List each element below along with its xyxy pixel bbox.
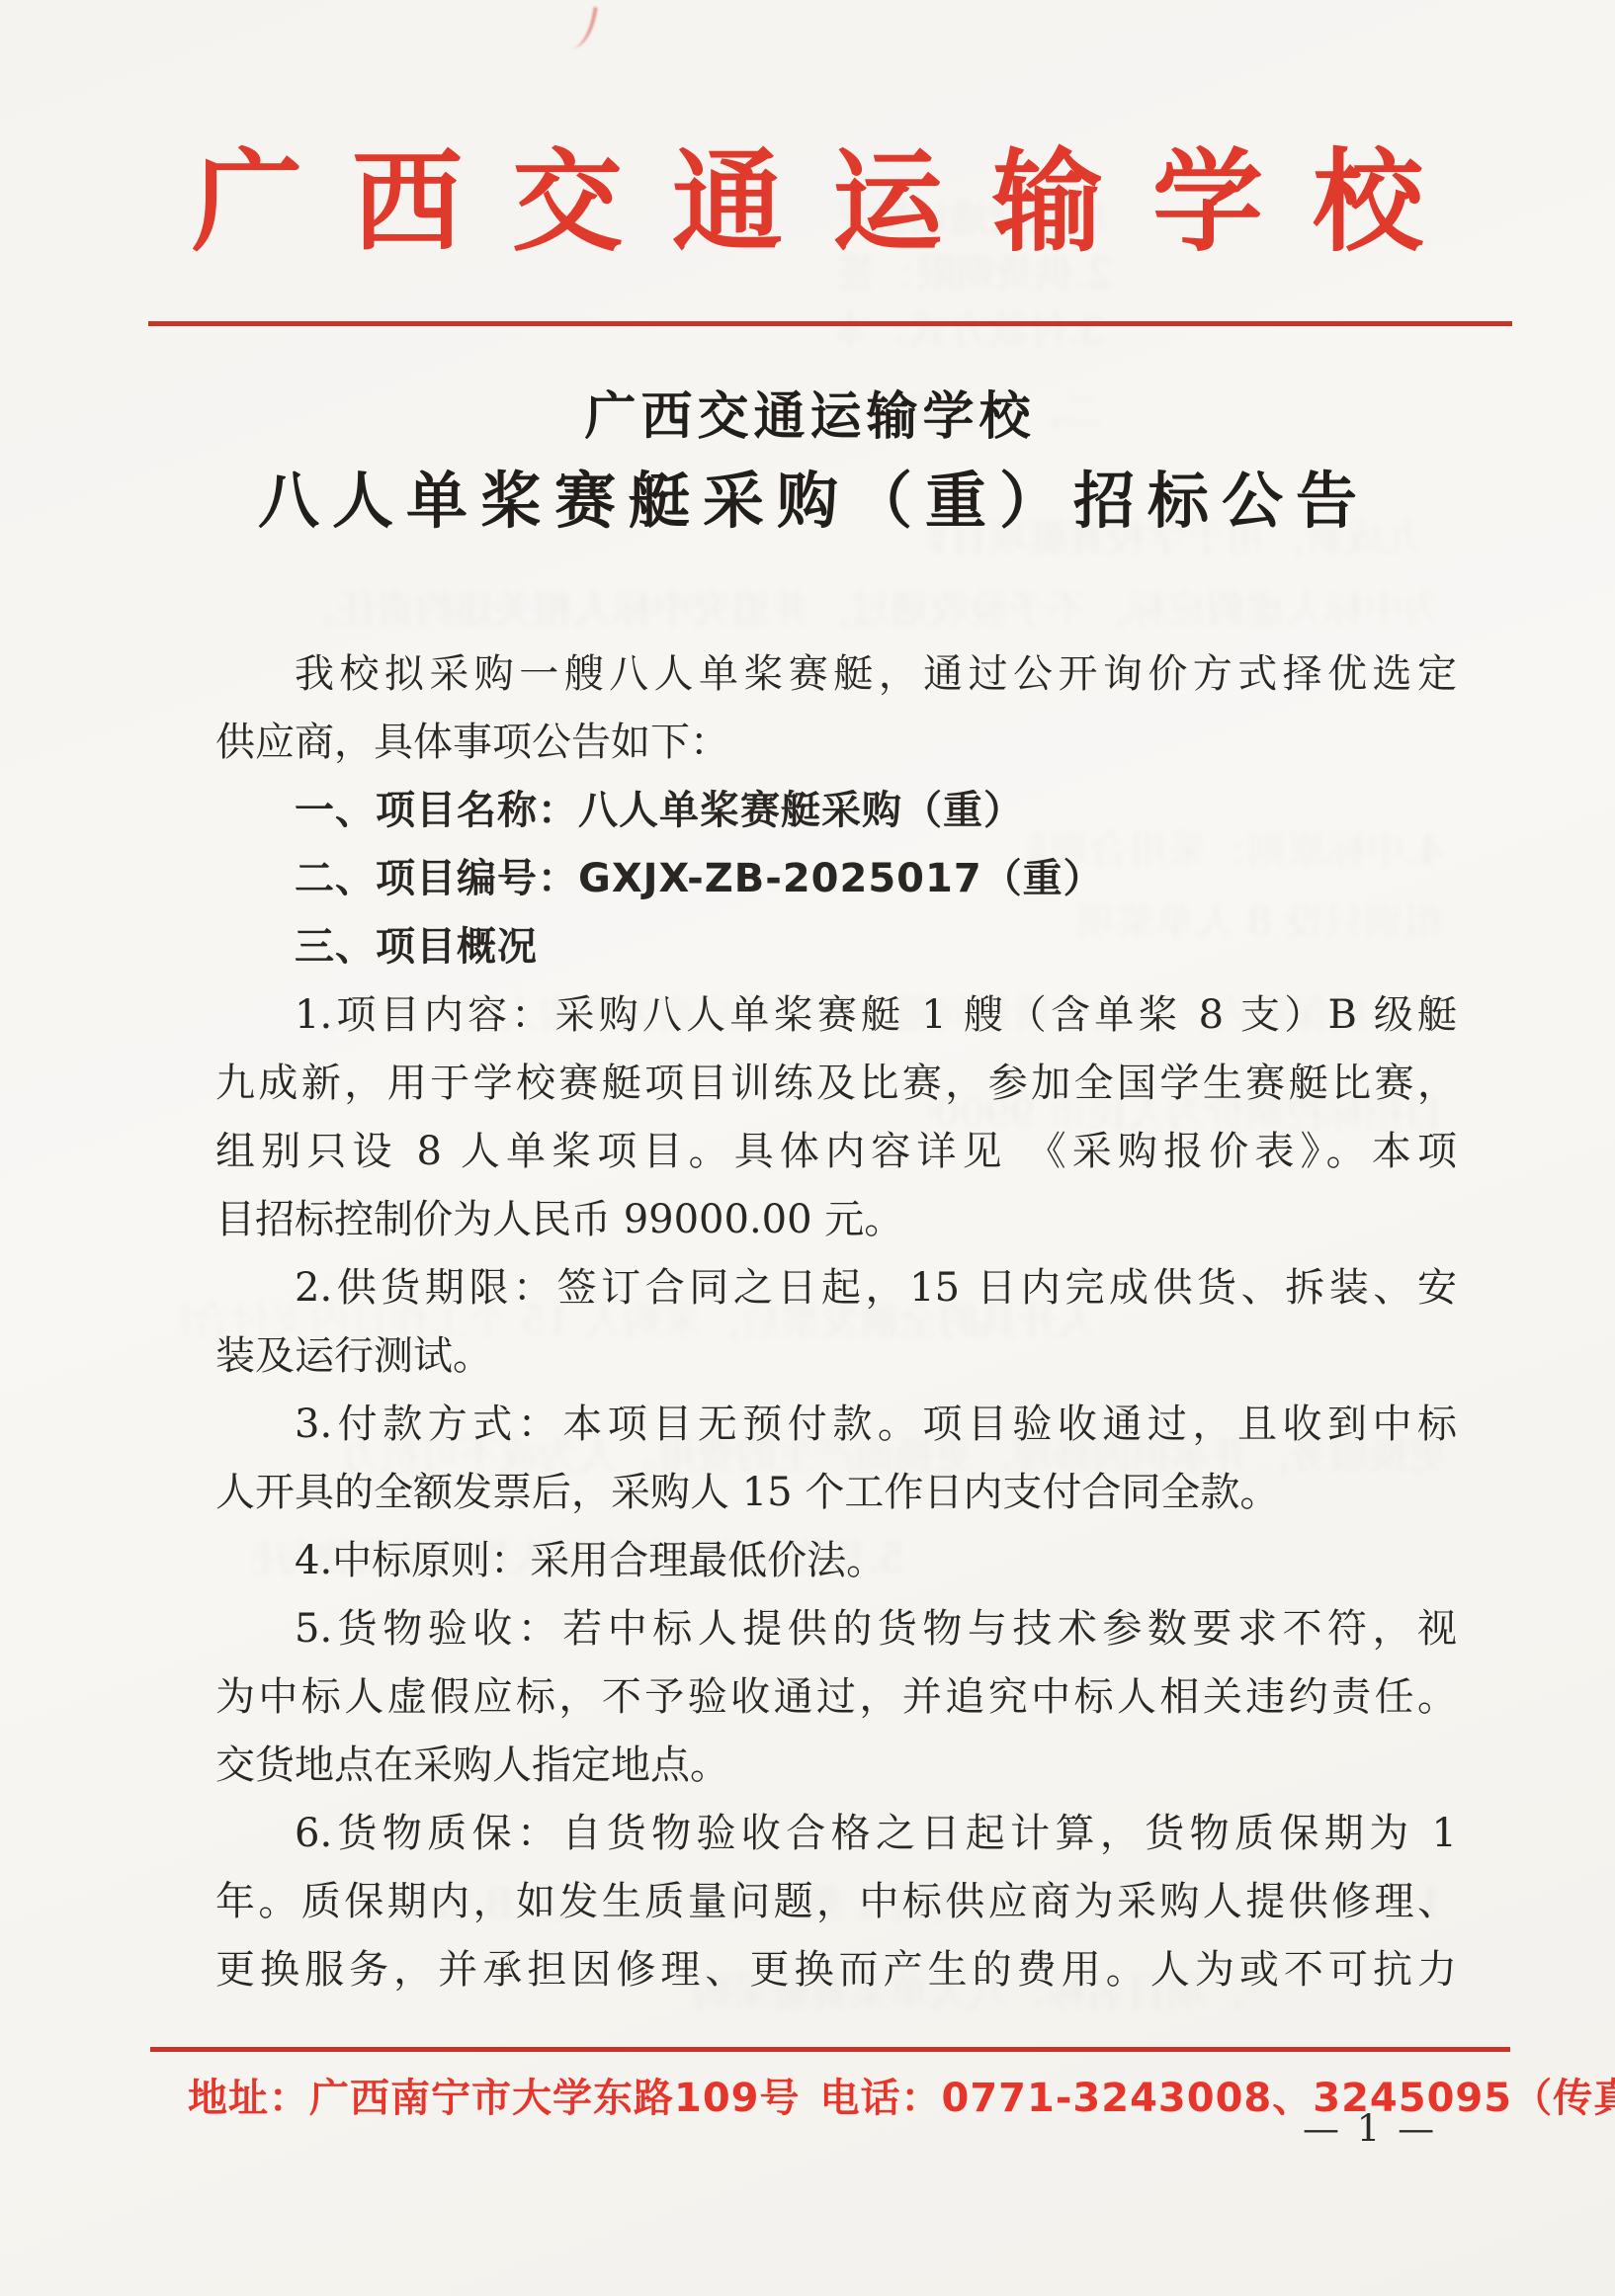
letterhead-school-name: 广西交通运输学校: [0, 128, 1615, 277]
page-number: — 1 —: [1303, 2109, 1437, 2149]
body-text-line: 5.货物验收：若中标人提供的货物与技术参数要求不符，视: [215, 1595, 1457, 1663]
body-text-line: 组别只设 8 人单桨项目。具体内容详见 《采购报价表》。本项: [215, 1118, 1457, 1186]
section-heading-line: 一、项目名称：八人单桨赛艇采购（重）: [215, 777, 1457, 845]
bleed-through-artifact: 为中标人虚假应标，不予验收通过，并追究中标人相关违约责任。: [208, 585, 1443, 635]
document-title-line2: 八人单桨赛艇采购（重）招标公告: [0, 457, 1615, 546]
body-text-line: 为中标人虚假应标，不予验收通过，并追究中标人相关违约责任。: [215, 1663, 1457, 1732]
body-text-line: 九成新，用于学校赛艇项目训练及比赛，参加全国学生赛艇比赛，: [215, 1050, 1457, 1118]
body-text-line: 4.中标原则：采用合理最低价法。: [215, 1527, 1457, 1595]
body-text-line: 1.项目内容：采购八人单桨赛艇 1 艘（含单桨 8 支）B 级艇: [215, 981, 1457, 1050]
footer-address: 地址：广西南宁市大学东路109号: [188, 2076, 801, 2121]
footer-phone: 电话：0771-3243008、3245095（传真）: [820, 2076, 1615, 2121]
document-body: 我校拟采购一艘八人单桨赛艇，通过公开询价方式择优选定供应商，具体事项公告如下：一…: [215, 640, 1457, 2004]
bleed-through-artifact: 3.付款方式：本项目无预付款。项目验收通过，且收到中标: [838, 306, 1105, 356]
body-text-line: 人开具的全额发票后，采购人 15 个工作日内支付合同全款。: [215, 1459, 1457, 1527]
body-text-line: 更换服务，并承担因修理、更换而产生的费用。人为或不可抗力: [215, 1936, 1457, 2004]
red-pen-scan-mark: [568, 5, 597, 51]
section-heading-line: 二、项目编号：GXJX-ZB-2025017（重）: [215, 845, 1457, 913]
body-text-line: 我校拟采购一艘八人单桨赛艇，通过公开询价方式择优选定: [215, 640, 1457, 709]
body-text-line: 年。质保期内，如发生质量问题，中标供应商为采购人提供修理、: [215, 1868, 1457, 1936]
body-text-line: 6.货物质保：自货物验收合格之日起计算，货物质保期为 1: [215, 1800, 1457, 1868]
body-text-line: 交货地点在采购人指定地点。: [215, 1732, 1457, 1800]
letterhead-rule: [148, 321, 1512, 326]
footer-rule: [150, 2047, 1510, 2052]
body-text-line: 目招标控制价为人民币 99000.00 元。: [215, 1186, 1457, 1254]
body-text-line: 装及运行测试。: [215, 1322, 1457, 1391]
body-text-line: 3.付款方式：本项目无预付款。项目验收通过，且收到中标: [215, 1391, 1457, 1459]
section-heading-line: 三、项目概况: [215, 913, 1457, 981]
scanned-page: 广西交通运输学校 2.供货期限：签订合同之日起，15 日内完成供货、拆装、安 3…: [0, 0, 1615, 2296]
document-title-line1: 广西交通运输学校: [0, 376, 1615, 459]
body-text-line: 2.供货期限：签订合同之日起，15 日内完成供货、拆装、安: [215, 1254, 1457, 1322]
body-text-line: 供应商，具体事项公告如下：: [215, 709, 1457, 777]
